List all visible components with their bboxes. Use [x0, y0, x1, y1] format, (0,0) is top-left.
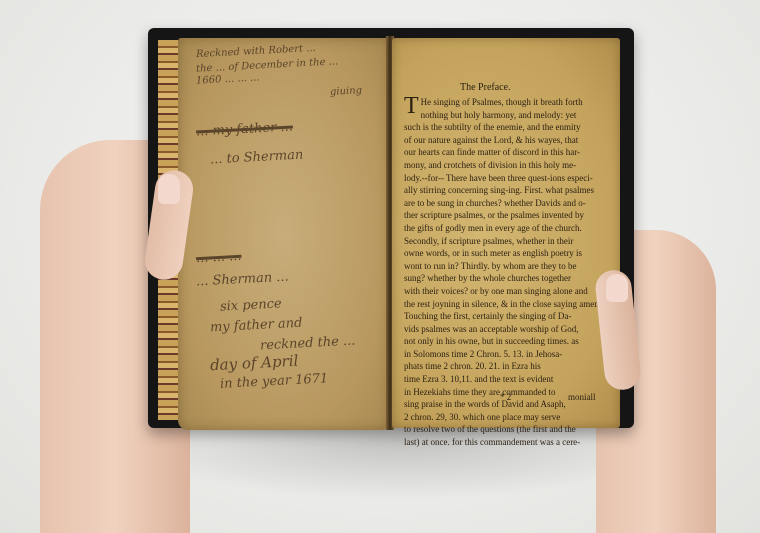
text-line: time Ezra 3. 10,11. and the text is evid… [404, 373, 610, 386]
text-line: of our nature against the Lord, & his wa… [404, 134, 610, 147]
text-line: such is the subtilty of the enemie, and … [404, 121, 610, 134]
handwritten-line: six pence [220, 296, 282, 314]
text-line: in Solomons time 2 Chron. 5. 13. in Jeho… [404, 348, 610, 361]
text-line: lody.--for-- There have been three quest… [404, 172, 610, 185]
text-line: nothing but holy harmony, and melody: ye… [421, 109, 610, 122]
catchword: moniall [568, 392, 596, 402]
text-line: vids psalmes was an acceptable worship o… [404, 323, 610, 336]
text-line: ally stirring concerning sing-ing. First… [404, 184, 610, 197]
signature-mark: * 2 [500, 392, 511, 402]
text-line: Secondly, if scripture psalmes, whether … [404, 235, 610, 248]
text-line: owne words, or in such meter as english … [404, 247, 610, 260]
text-line: the gifts of godly men in every age of t… [404, 222, 610, 235]
text-line: 2 chron. 29, 30. which one place may ser… [404, 411, 610, 424]
right-thumbnail [606, 274, 628, 302]
text-line: with their voices? or by one man singing… [404, 285, 610, 298]
text-line: the rest joyning in silence, & in the cl… [404, 298, 610, 311]
text-line: our hearts can finde matter of discord i… [404, 146, 610, 159]
text-line: wont to run in? Thirdly. by whom are the… [404, 260, 610, 273]
text-line: mony, and crotchets of division in this … [404, 159, 610, 172]
text-line: sung? whether by the whole churches toge… [404, 272, 610, 285]
text-line: He singing of Psalmes, though it breath … [421, 96, 610, 109]
handwritten-line: ... ... ... [196, 249, 242, 266]
preface-title: The Preface. [460, 82, 511, 93]
text-line: phats time 2 chron. 20. 21. in Ezra his [404, 360, 610, 373]
text-line: ther scripture psalmes, or the psalmes i… [404, 209, 610, 222]
left-thumbnail [158, 174, 180, 204]
text-line: not only in his owne, but in succeeding … [404, 335, 610, 348]
text-line: Touching the first, certainly the singin… [404, 310, 610, 323]
text-line: are to be sung in churches? whether Davi… [404, 197, 610, 210]
drop-cap: T [404, 96, 419, 116]
text-line: last) at once. for this commandement was… [404, 436, 610, 449]
handwritten-line: giuing [330, 85, 363, 98]
text-line: to resolve two of the questions (the fir… [404, 423, 610, 436]
